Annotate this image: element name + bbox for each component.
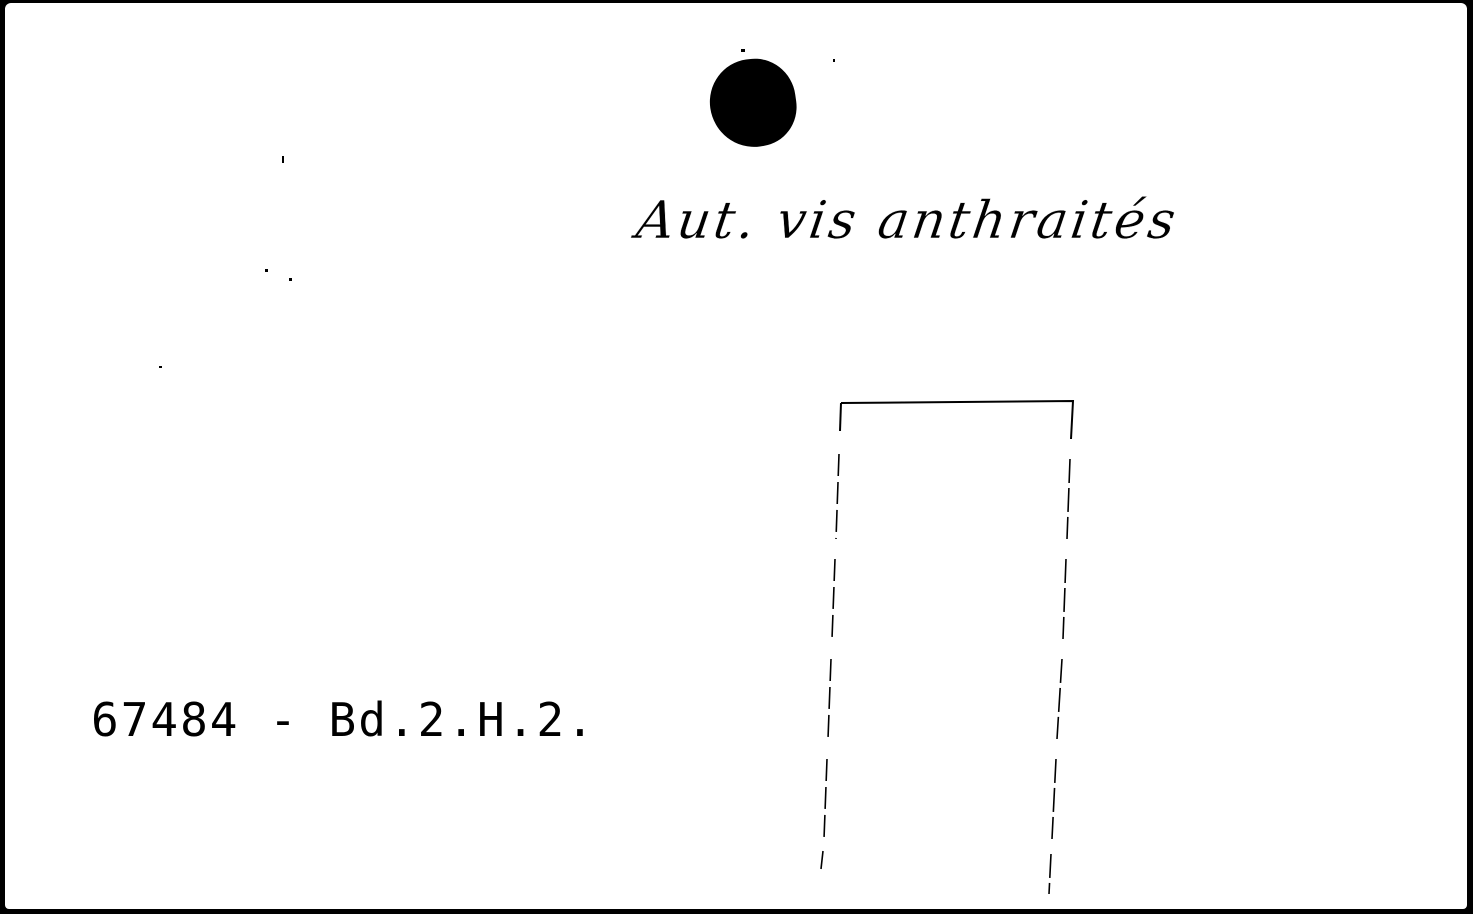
speck	[289, 278, 292, 281]
speck	[833, 59, 835, 62]
box-outline	[817, 399, 1079, 899]
call-number: 67484 - Bd.2.H.2.	[91, 693, 596, 747]
punch-hole	[704, 53, 801, 152]
outlined-box	[817, 399, 1079, 899]
speck	[265, 269, 268, 272]
handwritten-note: Aut. vis anthraités	[633, 191, 1182, 251]
speck	[282, 156, 284, 163]
catalog-card: Aut. vis anthraités 67484 - Bd.2.H.2.	[5, 3, 1467, 909]
speck	[741, 49, 745, 52]
speck	[159, 366, 162, 368]
